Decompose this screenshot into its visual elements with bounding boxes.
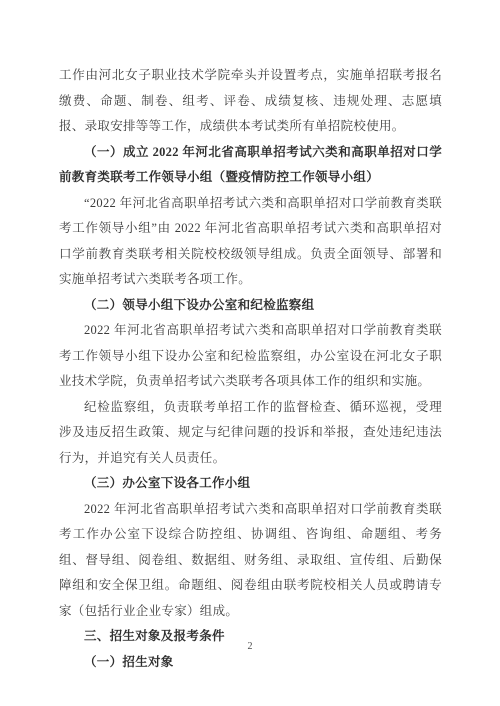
document-page: 工作由河北女子职业技术学院牵头并设置考点，实施单招联考报名缴费、命题、制卷、组考… [0, 0, 500, 706]
section-heading: （一）招生对象 [59, 650, 442, 676]
body-paragraph: 2022 年河北省高职单招考试六类和高职单招对口学前教育类联考工作办公室下设综合… [59, 497, 442, 625]
body-paragraph: 纪检监察组，负责联考单招工作的监督检查、循环巡视，受理涉及违反招生政策、规定与纪… [59, 395, 442, 472]
page-number: 2 [0, 641, 500, 652]
body-paragraph: 工作由河北女子职业技术学院牵头并设置考点，实施单招联考报名缴费、命题、制卷、组考… [59, 63, 442, 140]
document-body: 工作由河北女子职业技术学院牵头并设置考点，实施单招联考报名缴费、命题、制卷、组考… [59, 63, 442, 675]
section-heading: （一）成立 2022 年河北省高职单招考试六类和高职单招对口学前教育类联考工作领… [59, 140, 442, 191]
section-heading: （三）办公室下设各工作小组 [59, 471, 442, 497]
section-heading: （二）领导小组下设办公室和纪检监察组 [59, 293, 442, 319]
body-paragraph: 2022 年河北省高职单招考试六类和高职单招对口学前教育类联考工作领导小组下设办… [59, 318, 442, 395]
body-paragraph: “2022 年河北省高职单招考试六类和高职单招对口学前教育类联考工作领导小组”由… [59, 191, 442, 293]
